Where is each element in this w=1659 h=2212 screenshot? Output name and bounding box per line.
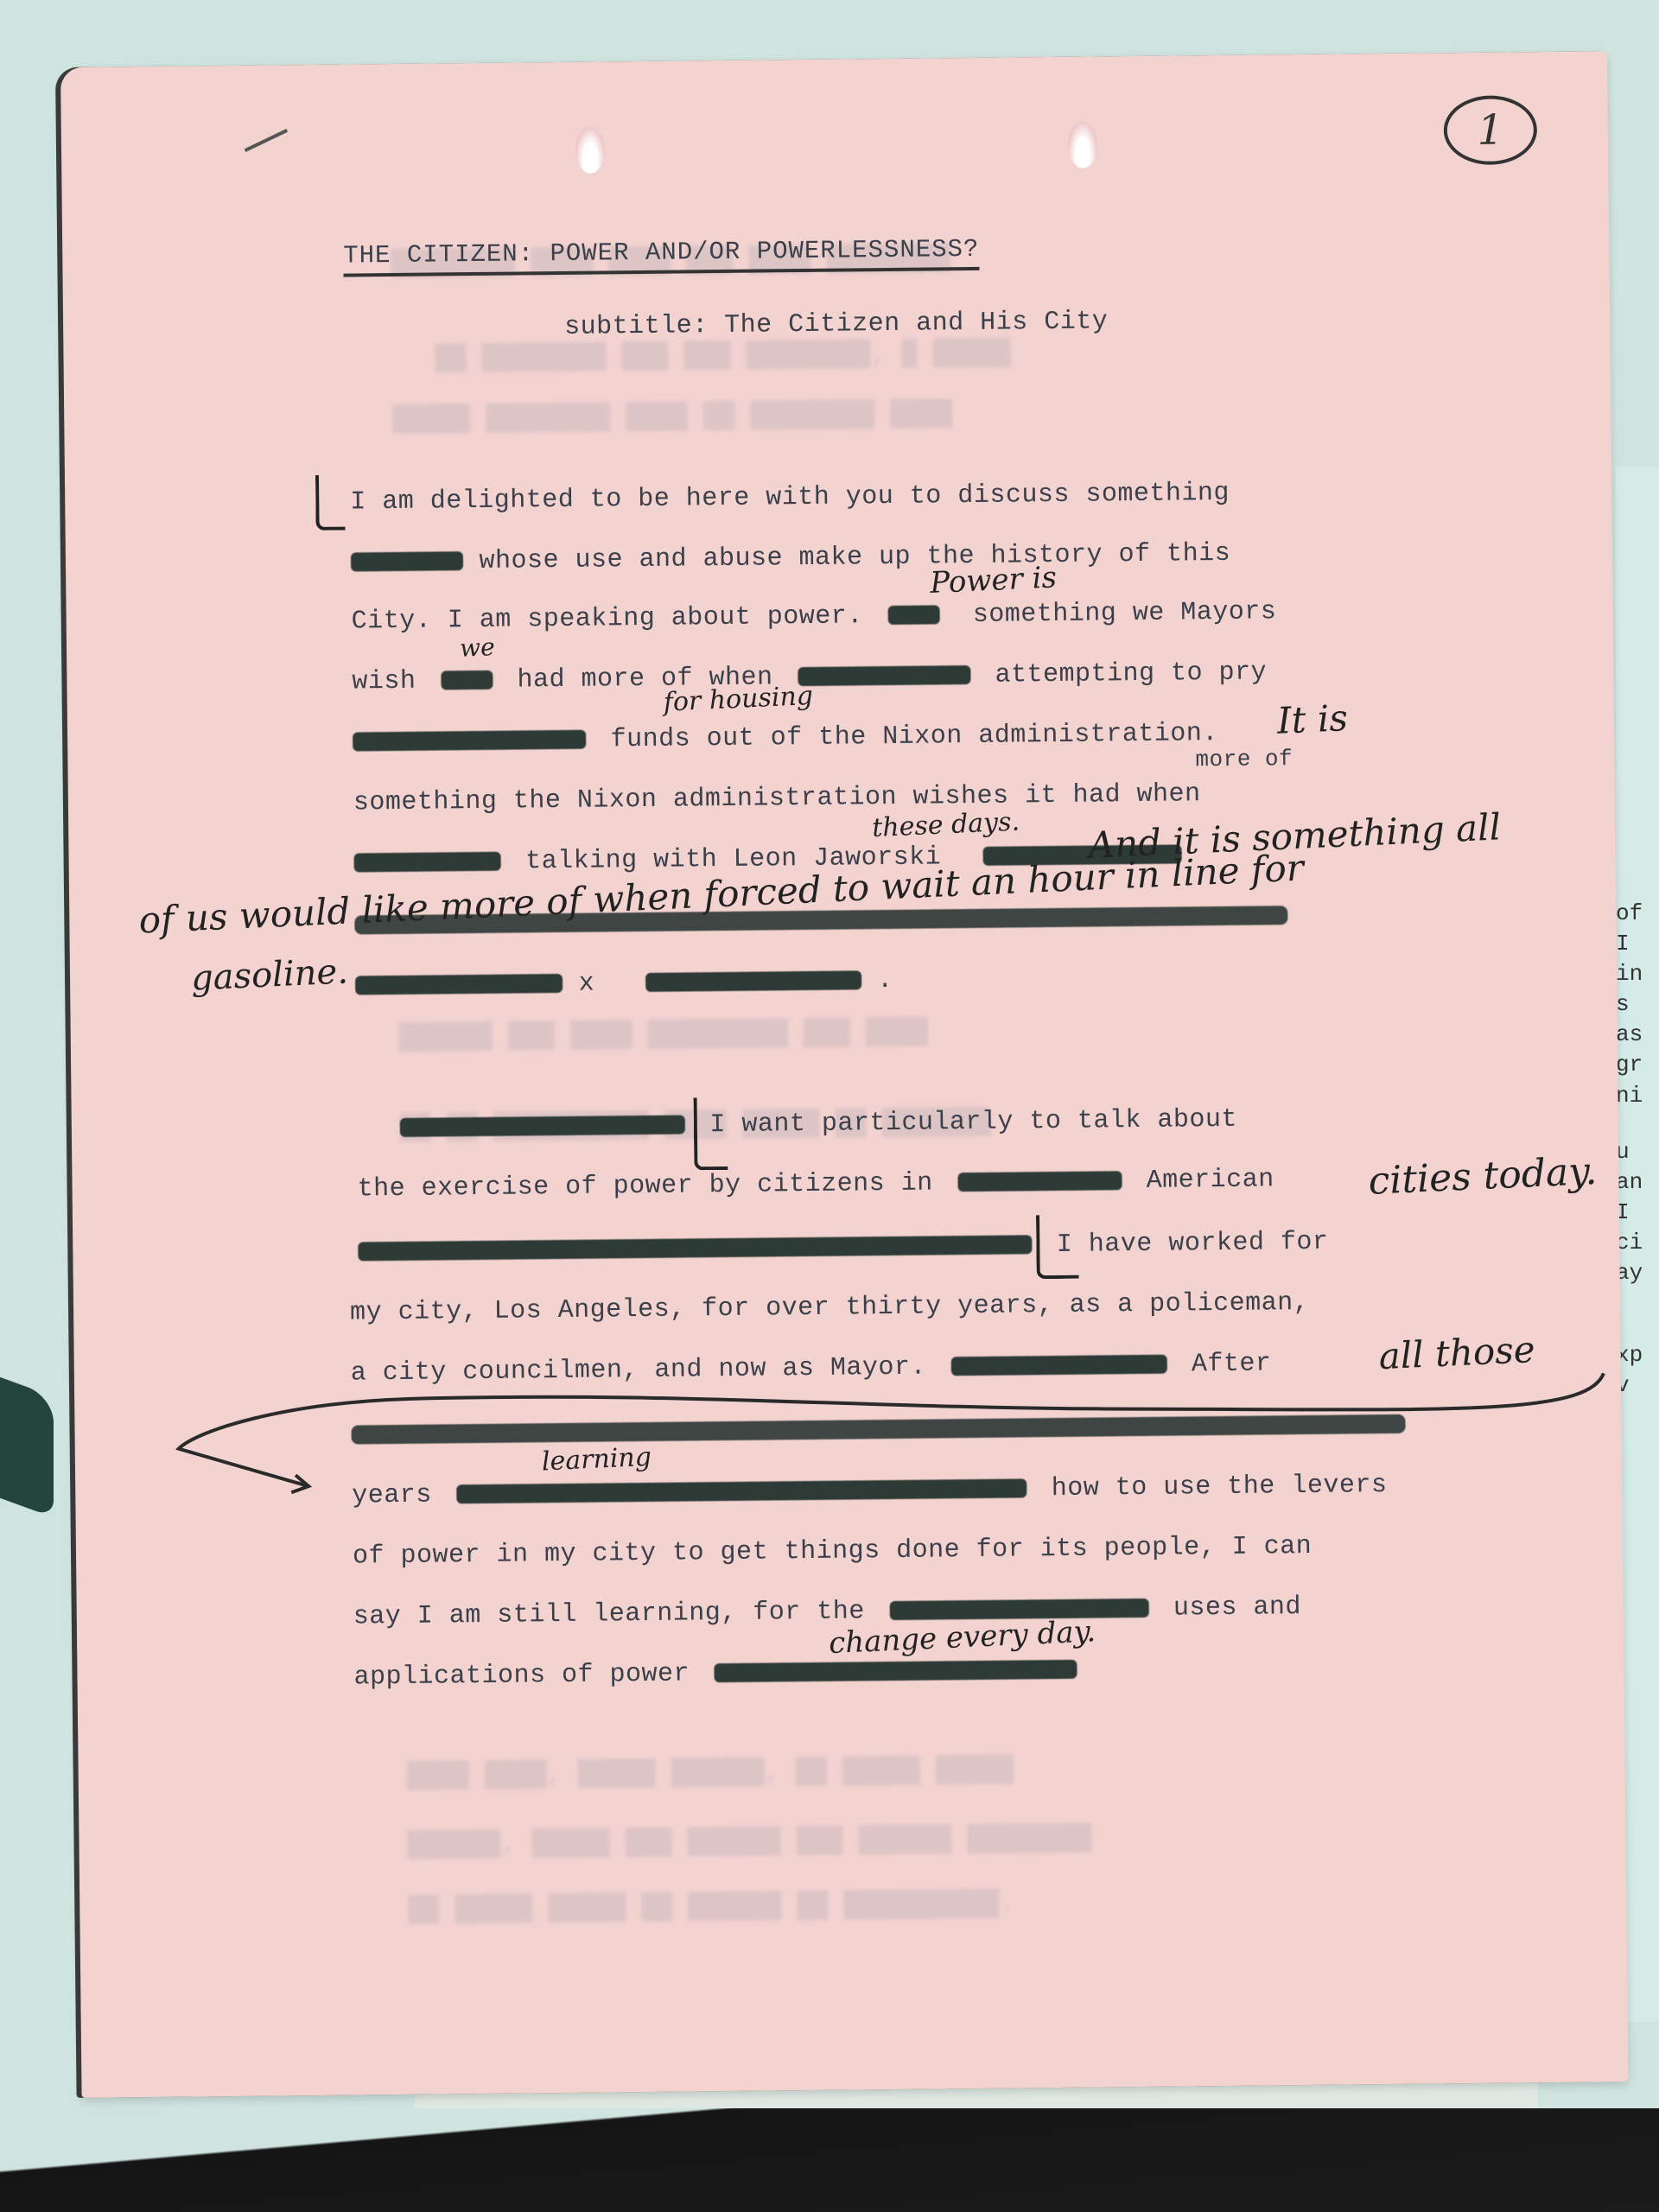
page-number-text: 1: [1477, 106, 1503, 155]
line-text: when: [1136, 779, 1200, 810]
line-text: out of the Nixon administration.: [707, 719, 1218, 753]
paragraph-3-line-1: I have worked for: [358, 1228, 1328, 1268]
handwritten-insertion: Power is: [929, 560, 1057, 601]
paragraph-1-line-9: x .: [355, 966, 893, 1001]
handwritten-insertion: cities today.: [1368, 1149, 1599, 1204]
strikeout: [957, 1171, 1122, 1192]
paragraph-1-line-6: something the Nixon administration wishe…: [353, 779, 1201, 817]
line-text: how to use the levers: [1052, 1471, 1388, 1503]
strikeout: [887, 605, 939, 625]
fragment-text: ni: [1616, 1081, 1659, 1111]
paragraph-3-line-2: my city, Los Angeles, for over thirty ye…: [350, 1288, 1309, 1328]
handwritten-insertion: learning: [541, 1442, 652, 1478]
strikeout: [400, 1116, 685, 1137]
page-number: 1: [1443, 95, 1537, 165]
desk-surface: [0, 2108, 1659, 2212]
fragment-text: u: [1616, 1137, 1659, 1167]
paragraph-mark: [1036, 1215, 1079, 1280]
paragraph-1-line-1: I am delighted to be here with you to di…: [350, 479, 1230, 518]
paragraph-1-line-3: City. I am speaking about power. somethi…: [352, 597, 1277, 636]
line-text: the exercise of power by citizens in: [357, 1168, 932, 1204]
paragraph-2-line-2: the exercise of power by citizens in Ame…: [357, 1165, 1274, 1204]
line-text: I have worked for: [1057, 1228, 1329, 1260]
line-text: something we Mayors: [973, 597, 1277, 630]
line-text: attempting to pry: [995, 658, 1267, 690]
paragraph-3-line-6: of power in my city to get things done f…: [353, 1532, 1312, 1572]
punch-hole: [1068, 121, 1098, 168]
line-text: applications of power: [353, 1659, 690, 1692]
strikeout: [351, 551, 463, 571]
paragraph-mark: [315, 475, 346, 531]
paragraph-1-line-5: funds out of the Nixon administration.: [353, 719, 1218, 757]
line-text: say I am still learning, for the: [353, 1597, 865, 1631]
line-text: funds: [611, 724, 691, 754]
strikeout: [714, 1660, 1077, 1682]
staple-mark: [245, 129, 288, 152]
fragment-text: in: [1616, 959, 1659, 989]
strikeout: [353, 730, 586, 752]
handwritten-insertion: these days.: [872, 806, 1020, 843]
strikeout: [456, 1478, 1027, 1503]
strikeout: [358, 1235, 1032, 1261]
strikeout: [441, 671, 493, 690]
line-text: years: [352, 1481, 432, 1511]
fragment-text: an: [1616, 1167, 1659, 1198]
fragment-text: ay: [1616, 1258, 1659, 1288]
paragraph-2-line-1: I want particularly to talk about: [400, 1105, 1237, 1143]
fragment-text: as: [1616, 1020, 1659, 1050]
document-page: ████████ ████ ████ ███ ████ ████████ ██ …: [60, 51, 1629, 2098]
line-text: American: [1147, 1165, 1274, 1196]
fragment-text: I: [1616, 929, 1659, 959]
line-text: I want particularly to talk about: [709, 1105, 1237, 1140]
line-text: wish: [352, 667, 416, 697]
document-subtitle: subtitle: The Citizen and His City: [564, 307, 1108, 342]
strikeout: [645, 970, 861, 992]
punch-hole: [575, 126, 606, 173]
fragment-text: s: [1616, 989, 1659, 1020]
document-title: THE CITIZEN: POWER AND/OR POWERLESSNESS?: [343, 235, 980, 277]
paragraph-1-line-2: whose use and abuse make up the history …: [351, 539, 1230, 578]
strikeout: [355, 974, 563, 995]
handwritten-insertion: gasoline.: [190, 951, 349, 998]
fragment-text: of: [1616, 899, 1659, 929]
fragment-text: xp: [1616, 1340, 1659, 1370]
strikeout: [798, 665, 970, 686]
line-text: whose use and abuse make up the history …: [479, 539, 1230, 576]
paragraph-mark: [694, 1097, 728, 1170]
strikeout: [354, 852, 501, 873]
handwritten-insertion: It is: [1276, 696, 1349, 742]
ink-smudge: [0, 1377, 54, 1518]
line-text: .: [877, 966, 893, 995]
handwritten-insertion: we: [459, 632, 495, 663]
handwritten-insertion: for housing: [663, 681, 814, 718]
typed-insertion: more of: [1195, 746, 1293, 772]
fragment-text: gr: [1616, 1050, 1659, 1080]
paragraph-3-line-8: applications of power: [353, 1656, 1077, 1693]
line-text: City. I am speaking about power.: [352, 601, 863, 636]
line-text: uses and: [1173, 1592, 1301, 1624]
fragment-text: ci: [1616, 1228, 1659, 1258]
line-text: x: [578, 969, 594, 999]
fragment-text: I: [1616, 1198, 1659, 1228]
fragment-text: v: [1616, 1370, 1659, 1401]
